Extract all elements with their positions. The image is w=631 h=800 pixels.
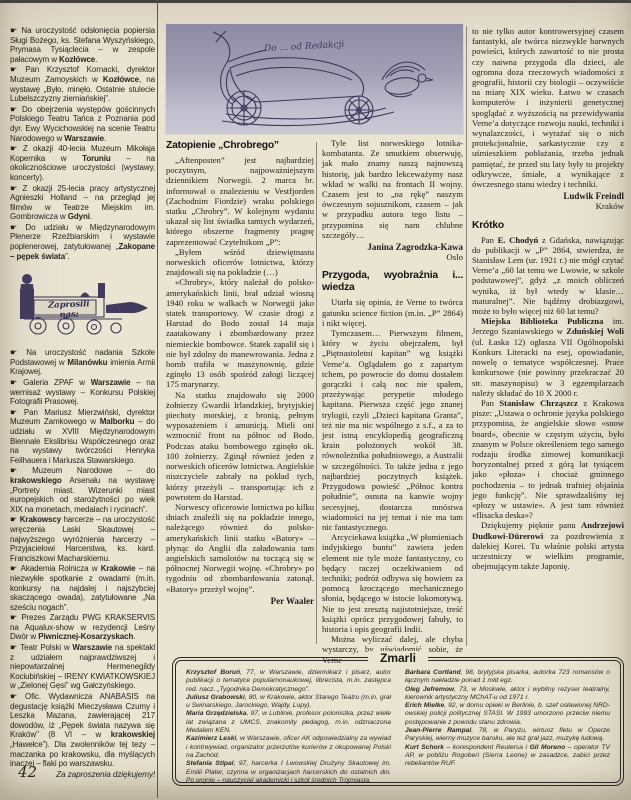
invitations-list-top: ☛ Na uroczystość odsłonięcia popiersia S…: [10, 26, 155, 261]
letter-closing-paragraph: Tyle list norweskiego lotnika-kombatanta…: [322, 138, 463, 240]
news-item: ☛ Ofic. Wydawnicza ANABASIS na degustacj…: [10, 692, 155, 769]
obituary-entry: Barbara Cortland, 98, brytyjska pisarka,…: [405, 669, 610, 686]
article-column-3: Tyle list norweskiego lotnika-kombatanta…: [322, 138, 463, 665]
article-verne-body-col2: to nie tylko autor kontrowersyjnej czase…: [472, 26, 624, 189]
paragraph: Utarła się opinia, że Verne to twórca ga…: [322, 297, 463, 328]
news-item: ☛ Muzeum Narodowe – do krakowskiego Arse…: [10, 466, 155, 514]
news-item: ☛ Pan Krzysztof Kornacki, dyrektor Muzeu…: [10, 65, 155, 103]
obituary-entry: Kurt Schork – korespondent Reutersa i Gi…: [405, 744, 610, 769]
manicule-bullet-icon: ☛: [10, 564, 21, 573]
news-item: ☛ Galeria ZPAF w Warszawie – na wernisaż…: [10, 378, 155, 407]
obituary-entry: Oleg Jefremow, 73, w Moskwie, aktor i wy…: [405, 686, 610, 703]
locomotive-graphic: Zaprosili nas:: [10, 267, 150, 341]
manicule-bullet-icon: ☛: [10, 184, 23, 193]
krotko-paragraph: Dziękujemy pięknie panu Andrzejowi Dudko…: [472, 520, 624, 571]
manicule-bullet-icon: ☛: [10, 105, 22, 114]
article-column-4: to nie tylko autor kontrowersyjnej czase…: [472, 26, 624, 571]
news-item: ☛ Z okazji 25-lecia pracy artystycznej A…: [10, 184, 155, 222]
manicule-bullet-icon: ☛: [10, 613, 21, 622]
obituaries-right-column: Barbara Cortland, 98, brytyjska pisarka,…: [405, 669, 610, 785]
article-verne-body-col1: Utarła się opinia, że Verne to twórca ga…: [322, 297, 463, 664]
article-chrobry-body: „Aftenposten” jest najbardziej poczytnym…: [166, 155, 314, 594]
paragraph: Na statku znajdowało się 2000 żołnierzy …: [166, 390, 314, 502]
signature-per-waaler: Per Waaler: [166, 596, 314, 606]
krotko-paragraph: Pan Stanisław Chrząszcz z Krakowa pisze:…: [472, 398, 624, 520]
manicule-bullet-icon: ☛: [10, 26, 21, 35]
manicule-bullet-icon: ☛: [10, 144, 23, 153]
news-item: ☛ Prezes Zarządu PWG KRAKSERVIS na Aqual…: [10, 613, 155, 642]
news-item: ☛ Z okazji 40-lecia Muzeum Mikołaja Kope…: [10, 144, 155, 182]
paragraph: Arcyciekawa książka „W płomieniach indyj…: [322, 532, 463, 634]
krotko-paragraph: Miejska Biblioteka Publiczna im. Jerzego…: [472, 316, 624, 398]
news-item: ☛ Akademia Rolnicza w Krakowie – na niez…: [10, 564, 155, 612]
news-item: ☛ Na uroczystość nadania Szkole Podstawo…: [10, 348, 155, 377]
invitations-list-bottom: ☛ Na uroczystość nadania Szkole Podstawo…: [10, 348, 155, 769]
paragraph: «Chrobry», który należał do polsko-amery…: [166, 277, 314, 389]
manicule-bullet-icon: ☛: [10, 466, 32, 475]
manicule-bullet-icon: ☛: [10, 378, 23, 387]
article-chrobry: Zatopienie „Chrobrego” „Aftenposten” jes…: [166, 138, 314, 606]
obituaries-title: Zmarli: [368, 651, 428, 665]
signature-zagrodzka: Janina Zagrodzka-Kawa: [322, 242, 463, 252]
news-item: ☛ Krakowscy harcerze – na uroczystość wr…: [10, 515, 155, 563]
krotko-paragraph: Pan E. Chodyń z Gdańska, nawiązując do p…: [472, 235, 624, 317]
manicule-bullet-icon: ☛: [10, 408, 24, 417]
obituary-entry: Juliusz Grabowski, 80, w Krakowie, aktor…: [186, 694, 391, 711]
obituary-entry: Jean-Pierre Rampal, 78, w Paryżu, wirtuo…: [405, 727, 610, 744]
signature-city-oslo: Oslo: [322, 252, 463, 262]
obituaries-box: Zmarli Krzysztof Boruń, 77, w Warszawie,…: [172, 657, 624, 786]
obituary-entry: Erich Mielke, 92, w domu opieki w Berlin…: [405, 702, 610, 727]
manicule-bullet-icon: ☛: [10, 515, 20, 524]
scan-edge: [0, 0, 631, 3]
manicule-bullet-icon: ☛: [10, 348, 26, 357]
obituary-entry: Krzysztof Boruń, 77, w Warszawie, dzienn…: [186, 669, 391, 694]
manicule-bullet-icon: ☛: [10, 692, 25, 701]
news-item: ☛ Do udziału w Międzynarodowym Plenerze …: [10, 223, 155, 261]
manicule-bullet-icon: ☛: [10, 643, 20, 652]
column-rule: [316, 142, 317, 644]
magazine-page: ☛ Na uroczystość odsłonięcia popiersia S…: [0, 0, 631, 800]
news-item: ☛ Teatr Polski w Warszawie na spektakl z…: [10, 643, 155, 691]
paragraph: Norwescy oficerowie lotnictwa po kilku d…: [166, 502, 314, 594]
article-verne-title: Przygoda, wyobraźnia i... wiedza: [322, 270, 463, 294]
news-item: ☛ Pan Mariusz Mierzwiński, dyrektor Muze…: [10, 408, 155, 466]
news-item: ☛ Na uroczystość odsłonięcia popiersia S…: [10, 26, 155, 64]
obituary-entry: Kazimierz Leski, w Warszawie, oficer AK …: [186, 735, 391, 760]
column-rule: [466, 26, 467, 646]
manicule-bullet-icon: ☛: [10, 65, 25, 74]
signature-freindl: Ludwik Freindl: [472, 191, 624, 201]
krotko-body: Pan E. Chodyń z Gdańska, nawiązując do p…: [472, 235, 624, 572]
paragraph: „Aftenposten” jest najbardziej poczytnym…: [166, 155, 314, 247]
krotko-title: Krótko: [472, 220, 624, 232]
news-item: ☛ Do obejrzenia występów gościnnych Pols…: [10, 105, 155, 143]
signature-city-krakow: Kraków: [472, 201, 624, 211]
header-illustration: Do ... od Redakcji: [166, 24, 463, 134]
manicule-bullet-icon: ☛: [10, 223, 25, 232]
obituary-entry: Stefania Stipal, 97, harcerka I Lwowskie…: [186, 760, 391, 785]
invite-banner-label: Zaprosili nas:: [38, 300, 101, 321]
paragraph: Tymczasem… Pierwszym filmem, który w życ…: [322, 328, 463, 532]
invitations-column: ☛ Na uroczystość odsłonięcia popiersia S…: [10, 26, 155, 780]
page-number: 42: [18, 763, 37, 781]
paragraph: „Byłem wśród dziewiętnastu norweskich of…: [166, 247, 314, 278]
column-rule: [157, 0, 158, 798]
obituaries-left-column: Krzysztof Boruń, 77, w Warszawie, dzienn…: [186, 669, 391, 785]
obituary-entry: Maria Grzędzielska, 97, w Lublinie, prof…: [186, 710, 391, 735]
article-chrobry-title: Zatopienie „Chrobrego”: [166, 140, 314, 152]
